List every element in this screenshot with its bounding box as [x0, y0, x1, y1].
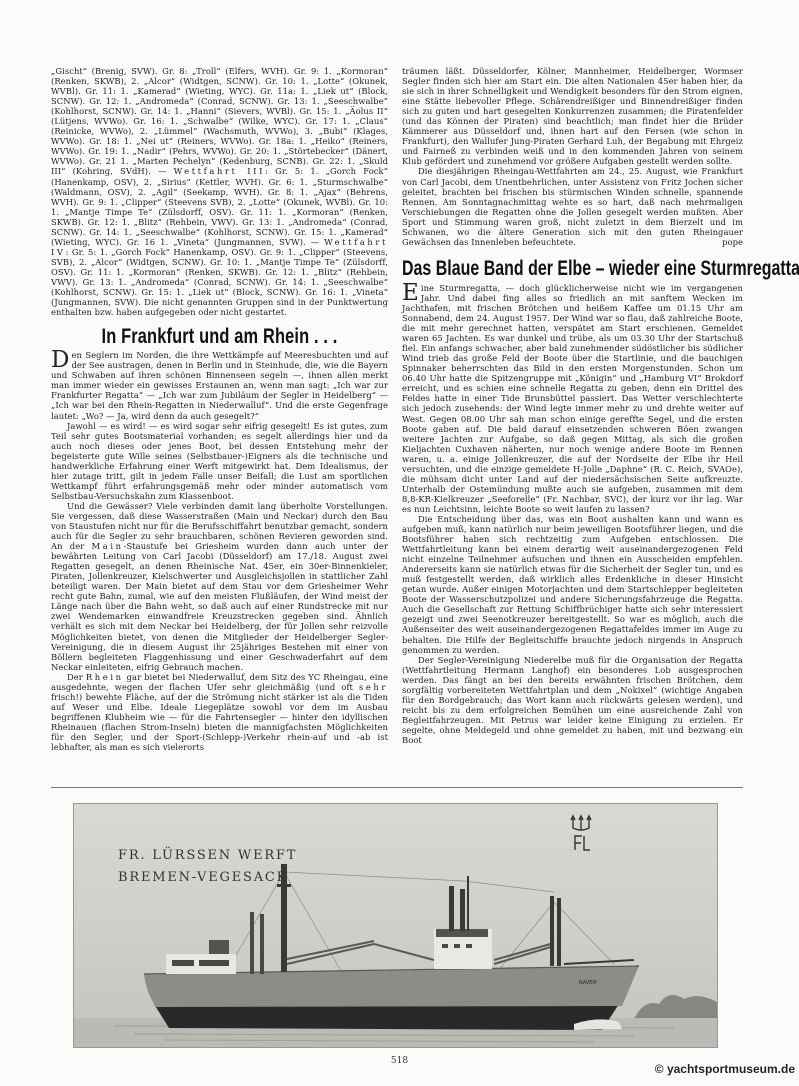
left-column: „Gischt“ (Brenig, SVW). Gr. 8: „Troll“ (…: [51, 66, 388, 752]
trident-fl-monogram-icon: [570, 814, 592, 854]
article-paragraph: Jawohl — es wird! — es wird sogar sehr e…: [51, 421, 388, 501]
article-headline-elbe: Das Blaue Band der Elbe – wieder eine St…: [402, 263, 654, 273]
advertisement-luerssen: NAVEM FR. LÜRSSEN WERFT BREMEN-VEGESACK: [73, 803, 718, 1048]
article-paragraph: Der Rhein gar bietet bei Niederwalluf, d…: [51, 672, 388, 752]
article-paragraph: träumen läßt. Düsseldorfer, Kölner, Mann…: [402, 66, 743, 166]
article-paragraph: Eine Sturmregatta, — doch glücklicherwei…: [402, 283, 743, 514]
article-paragraph: Die Entscheidung über das, was ein Boot …: [402, 514, 743, 655]
watermark: © yachtsportmuseum.de: [655, 1062, 795, 1076]
advertisement-title: FR. LÜRSSEN WERFT BREMEN-VEGESACK: [118, 845, 297, 889]
article-paragraph: Der Segler-Vereinigung Niederelbe muß fü…: [402, 655, 743, 745]
drop-cap: D: [51, 351, 70, 370]
article-headline-frankfurt: In Frankfurt und am Rhein . . .: [88, 332, 351, 342]
section-divider: [51, 787, 743, 788]
right-column: träumen läßt. Düsseldorfer, Kölner, Mann…: [402, 66, 743, 745]
article-paragraph: Und die Gewässer? Viele verbinden damit …: [51, 501, 388, 672]
author-signature: pope: [706, 237, 743, 247]
race-label-3: Wettfahrt III: [174, 166, 265, 176]
drop-cap: E: [402, 284, 419, 303]
ad-line-2: BREMEN-VEGESACK: [118, 867, 297, 889]
article-paragraph: Den Seglern im Norden, die ihre Wettkämp…: [51, 350, 388, 420]
cargo-ship-photo: NAVEM: [74, 804, 717, 1047]
ad-line-1: FR. LÜRSSEN WERFT: [118, 845, 297, 867]
article-paragraph: Die diesjährigen Rheingau-Wettfahrten am…: [402, 166, 743, 246]
svg-text:NAVEM: NAVEM: [579, 980, 597, 986]
results-paragraph: „Gischt“ (Brenig, SVW). Gr. 8: „Troll“ (…: [51, 66, 388, 317]
